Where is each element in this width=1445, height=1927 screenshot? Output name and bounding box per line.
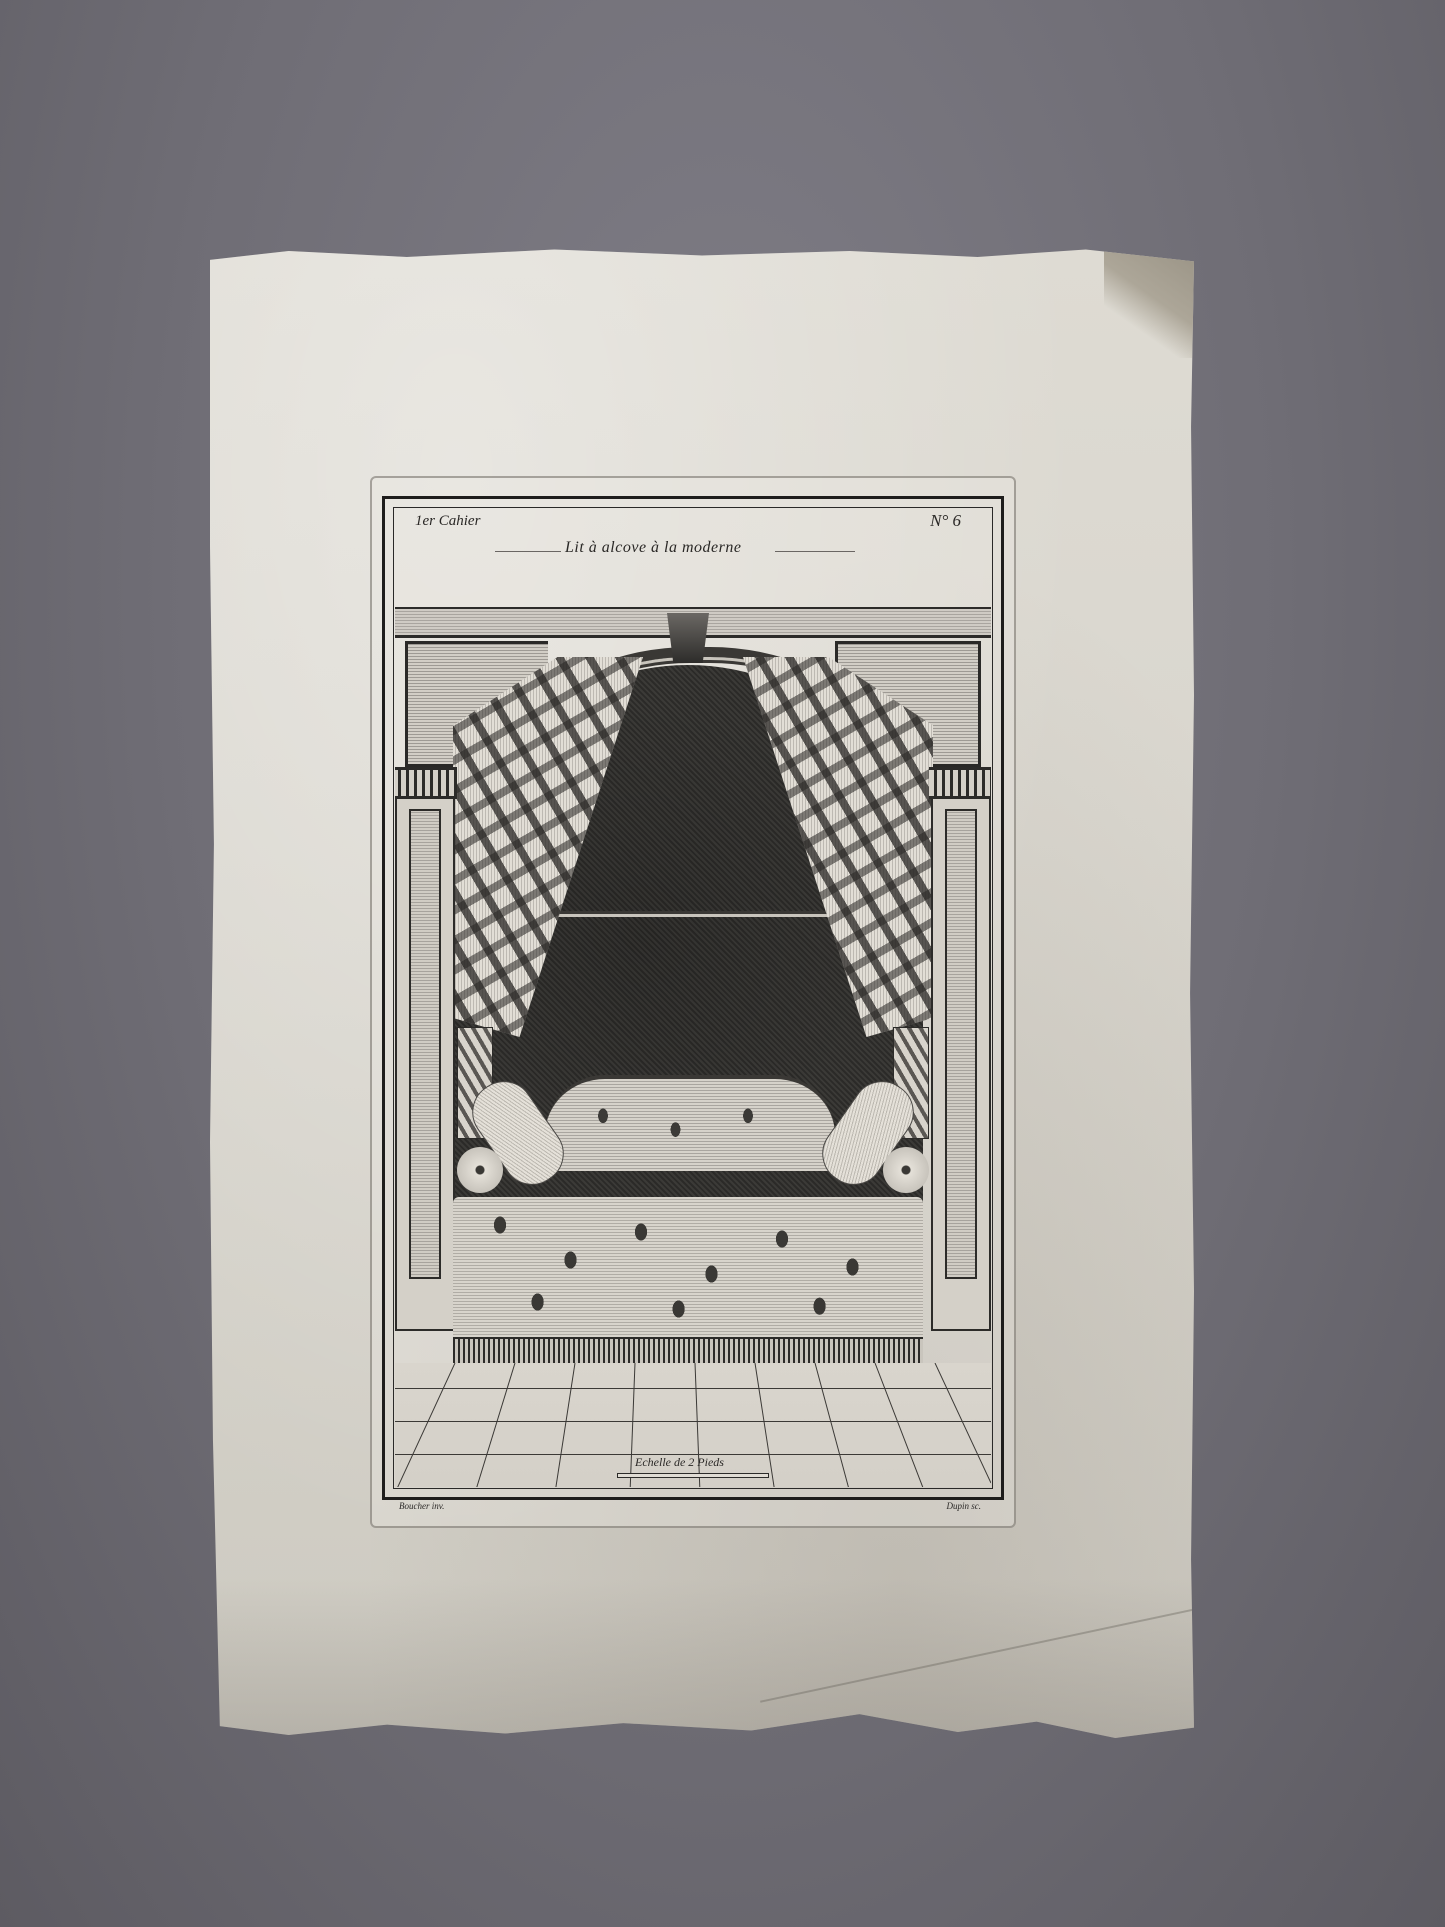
alcove-illustration: Echelle de 2 Pieds [395,607,991,1487]
bed-mattress-cover [453,1197,923,1337]
pilaster-panel [409,809,441,1279]
engraving-frame: 1er Cahier N° 6 Lit à alcove à la modern… [382,496,1004,1500]
engraver-credit: Dupin sc. [947,1501,982,1511]
plate-number: N° 6 [930,511,961,531]
pilaster-capital [395,767,457,799]
title-rule-right [775,551,855,552]
pilaster-panel [945,809,977,1279]
round-pillow-left [457,1147,503,1193]
paper-shadow [210,1578,1194,1738]
antique-paper-sheet: 1er Cahier N° 6 Lit à alcove à la modern… [210,248,1194,1738]
scale-bar [617,1473,769,1478]
keystone-ornament [667,613,709,663]
engraving-title: Lit à alcove à la moderne [565,539,741,557]
bed-fringe [453,1337,923,1365]
bed-headboard [545,1075,835,1171]
pilaster-right [931,767,991,1331]
corner-stain [1104,248,1194,358]
pilaster-capital [929,767,991,799]
series-label: 1er Cahier [415,513,480,530]
pilaster-left [395,767,455,1331]
scale-label: Echelle de 2 Pieds [635,1455,724,1470]
title-rule-left [495,551,561,552]
round-pillow-right [883,1147,929,1193]
designer-credit: Boucher inv. [399,1501,444,1511]
